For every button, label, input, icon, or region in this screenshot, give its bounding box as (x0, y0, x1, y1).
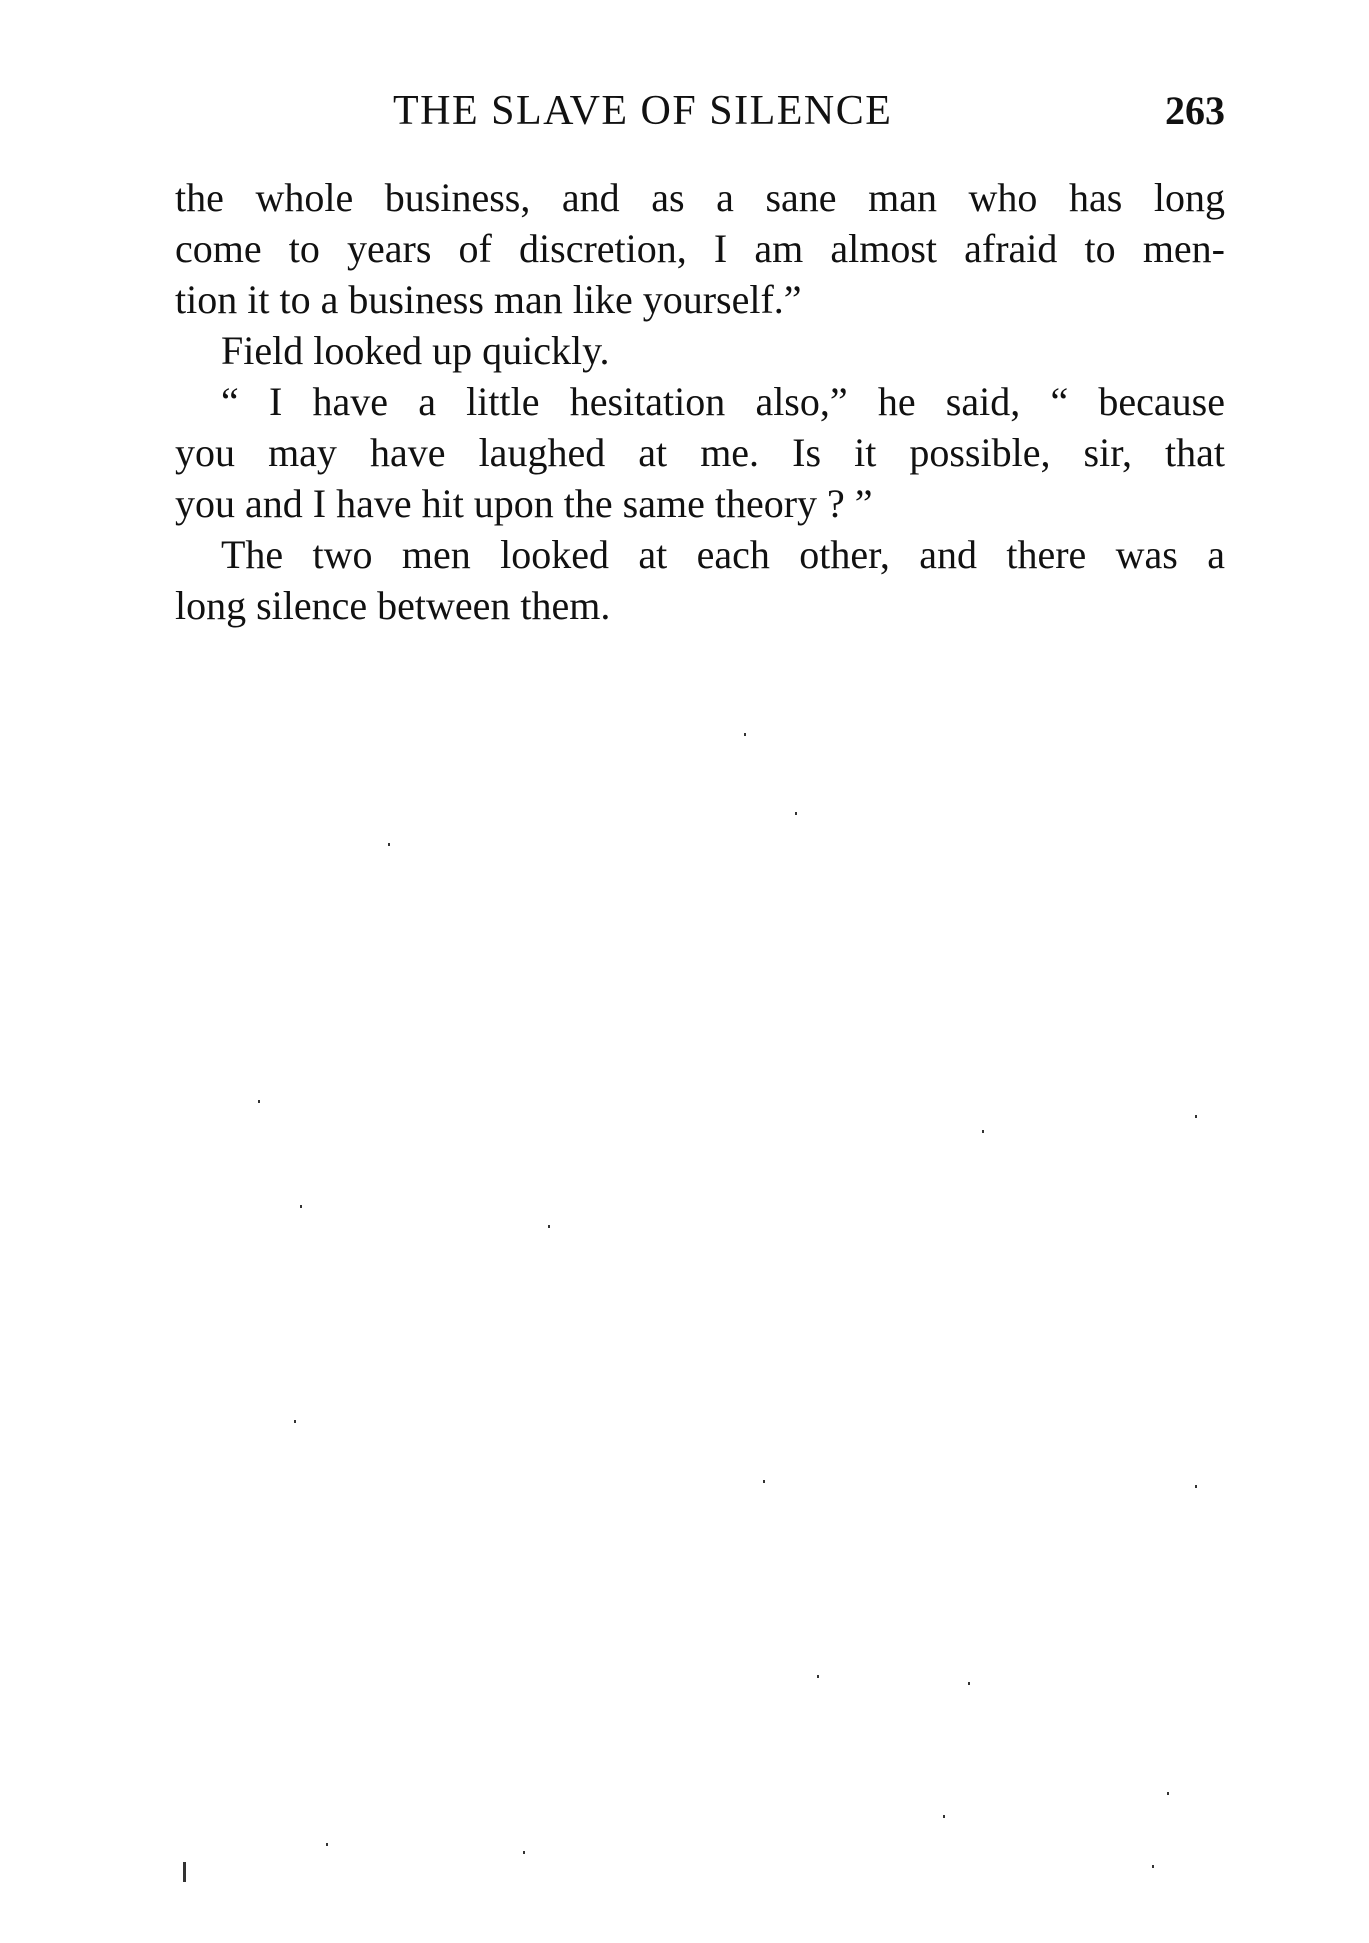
body-text: the whole business, and as a sane man wh… (175, 172, 1225, 631)
scan-speck (763, 1480, 765, 1483)
page-number: 263 (1165, 88, 1225, 134)
scan-speck (1195, 1485, 1197, 1488)
scan-speck (183, 1862, 186, 1882)
scan-speck (1167, 1792, 1169, 1795)
scan-speck (548, 1225, 550, 1228)
scan-speck (943, 1815, 945, 1818)
text-line: you may have laughed at me. Is it possib… (175, 427, 1225, 478)
scan-speck (326, 1843, 328, 1846)
scan-speck (795, 812, 797, 815)
scan-speck (968, 1682, 970, 1685)
scan-speck (982, 1130, 984, 1133)
text-line: come to years of discretion, I am almost… (175, 223, 1225, 274)
scan-speck (817, 1675, 819, 1678)
text-line: the whole business, and as a sane man wh… (175, 172, 1225, 223)
paragraph-start-line: The two men looked at each other, and th… (175, 529, 1225, 580)
text-line: tion it to a business man like yourself.… (175, 274, 1225, 325)
text-line: you and I have hit upon the same theory … (175, 478, 1225, 529)
paragraph-start-line: “ I have a little hesitation also,” he s… (175, 376, 1225, 427)
paragraph-start-line: Field looked up quickly. (175, 325, 1225, 376)
scan-speck (294, 1420, 296, 1423)
scan-speck (1195, 1115, 1197, 1118)
scan-speck (744, 733, 746, 736)
running-head: THE SLAVE OF SILENCE 263 (175, 88, 1225, 138)
scan-speck (1152, 1865, 1154, 1868)
scan-speck (258, 1100, 260, 1103)
scan-speck (388, 843, 390, 846)
text-line: long silence between them. (175, 580, 1225, 631)
scan-speck (523, 1851, 525, 1854)
running-title: THE SLAVE OF SILENCE (393, 88, 892, 134)
scan-speck (300, 1205, 302, 1208)
book-page: THE SLAVE OF SILENCE 263 the whole busin… (0, 0, 1369, 1943)
